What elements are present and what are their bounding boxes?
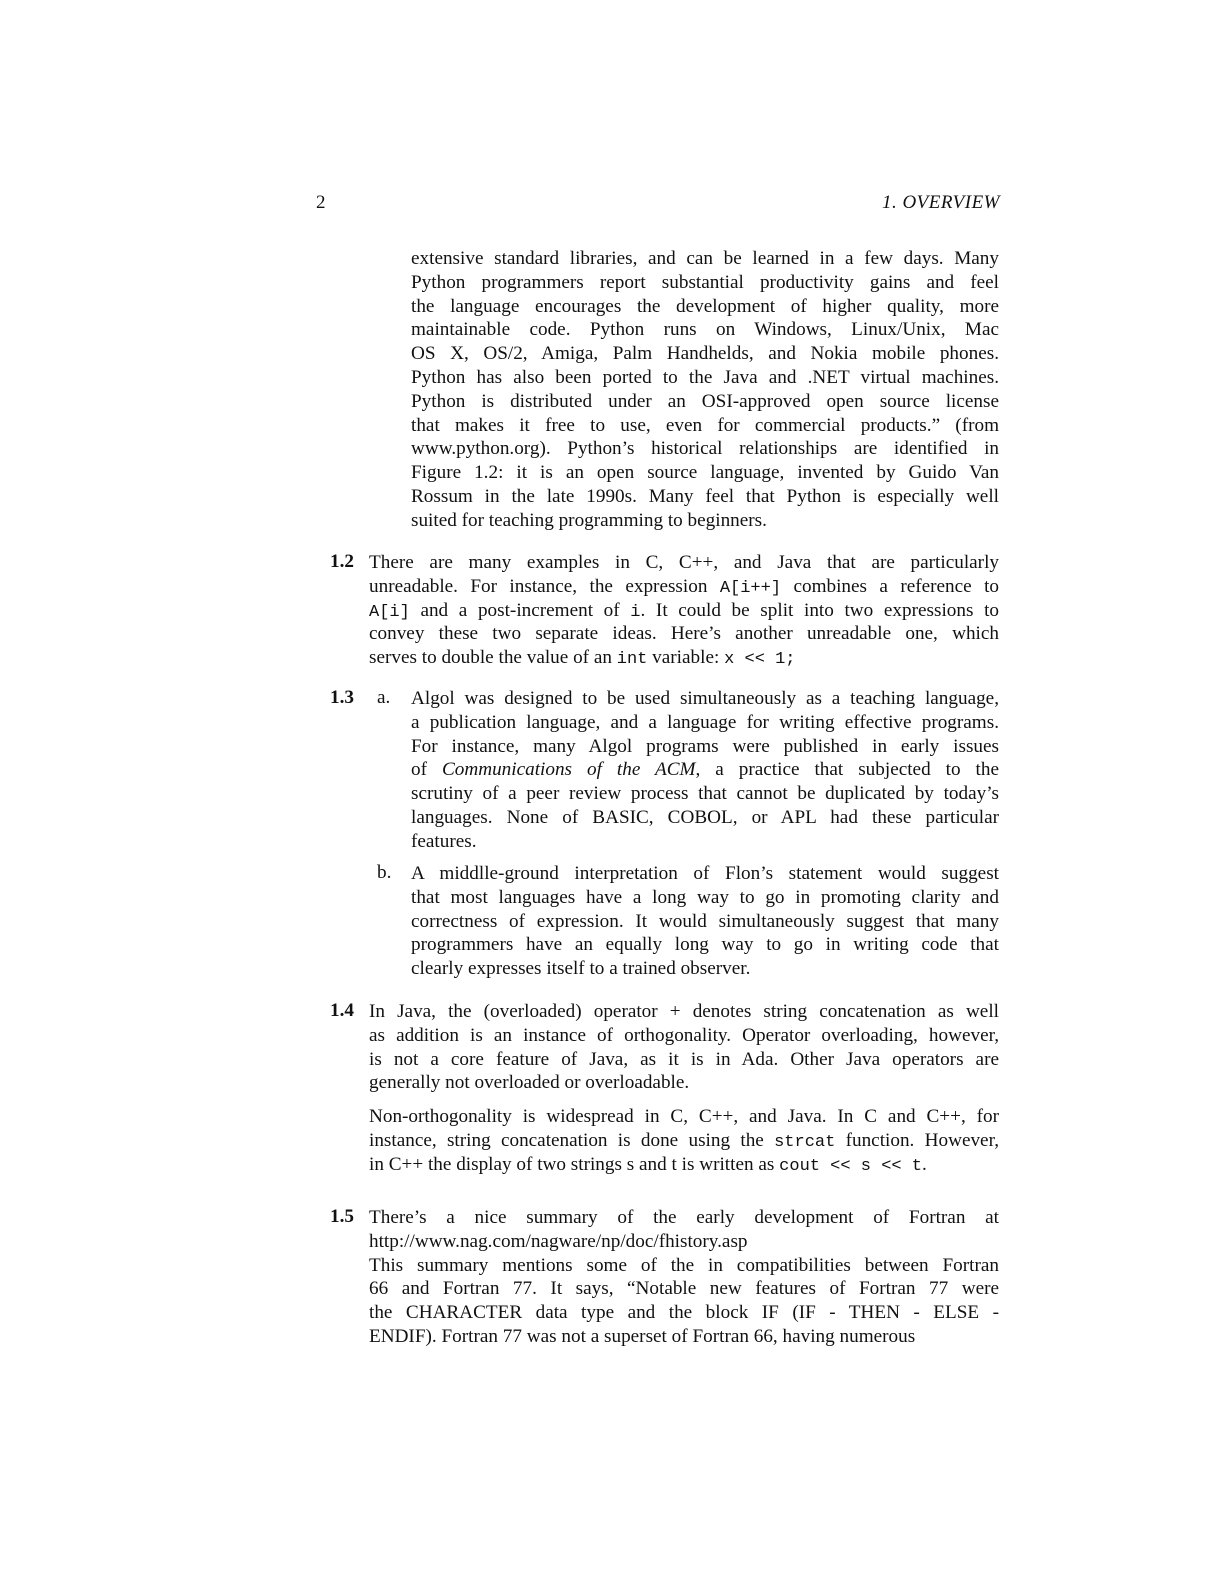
text-line: extensive standard libraries, and can be… bbox=[411, 247, 999, 271]
text-run: convey these two separate ideas. Here’s … bbox=[369, 623, 999, 644]
text-line: Python is distributed under an OSI-appro… bbox=[411, 390, 999, 414]
text-run: generally not overloaded or overloadable… bbox=[369, 1072, 689, 1093]
text-line: as addition is an instance of orthogonal… bbox=[369, 1024, 999, 1048]
text-line: that makes it free to use, even for comm… bbox=[411, 414, 999, 438]
answer-number: 1.2 bbox=[330, 551, 354, 573]
text-line: Algol was designed to be used simultaneo… bbox=[411, 687, 999, 711]
answer-1-5: There’s a nice summary of the early deve… bbox=[369, 1206, 999, 1349]
text-line: generally not overloaded or overloadable… bbox=[369, 1071, 999, 1095]
text-run: that most languages have a long way to g… bbox=[411, 887, 999, 908]
chapter-title: 1. OVERVIEW bbox=[882, 192, 1000, 214]
text-run: unreadable. For instance, the expression bbox=[369, 576, 720, 597]
text-line: There are many examples in C, C++, and J… bbox=[369, 551, 999, 575]
text-run: Algol was designed to be used simultaneo… bbox=[411, 688, 999, 709]
answer-number: 1.4 bbox=[330, 1000, 354, 1022]
text-run: and a post-increment of bbox=[410, 600, 630, 621]
text-run: ENDIF). Fortran 77 was not a superset of… bbox=[369, 1326, 915, 1347]
text-run: combines a reference to bbox=[781, 576, 999, 597]
text-line: clearly expresses itself to a trained ob… bbox=[411, 957, 999, 981]
text-line: A[i] and a post-increment of i. It could… bbox=[369, 599, 999, 623]
text-line: convey these two separate ideas. Here’s … bbox=[369, 622, 999, 646]
text-run: A middlle-ground interpretation of Flon’… bbox=[411, 863, 999, 884]
text-run: instance, string concatenation is done u… bbox=[369, 1130, 774, 1151]
text-run: as addition is an instance of orthogonal… bbox=[369, 1025, 999, 1046]
code-snippet: i bbox=[630, 603, 640, 622]
text-line: This summary mentions some of the in com… bbox=[369, 1254, 999, 1278]
text-line: serves to double the value of an int var… bbox=[369, 646, 999, 670]
code-snippet: A[i] bbox=[369, 603, 410, 622]
text-run: of bbox=[411, 759, 442, 780]
text-line: unreadable. For instance, the expression… bbox=[369, 575, 999, 599]
text-line: OS X, OS/2, Amiga, Palm Handhelds, and N… bbox=[411, 342, 999, 366]
text-line: suited for teaching programming to begin… bbox=[411, 509, 999, 533]
text-line: of Communications of the ACM, a practice… bbox=[411, 758, 999, 782]
part-label: a. bbox=[377, 687, 390, 709]
text-line: features. bbox=[411, 830, 999, 854]
text-line: instance, string concatenation is done u… bbox=[369, 1129, 999, 1153]
text-run: In Java, the (overloaded) operator + den… bbox=[369, 1001, 999, 1022]
answer-number: 1.5 bbox=[330, 1206, 354, 1228]
text-line: a publication language, and a language f… bbox=[411, 711, 999, 735]
text-line: Python has also been ported to the Java … bbox=[411, 366, 999, 390]
text-run: variable: bbox=[647, 647, 724, 668]
text-run: 66 and Fortran 77. It says, “Notable new… bbox=[369, 1278, 999, 1299]
text-run: features. bbox=[411, 831, 477, 852]
text-run: , a practice that subjected to the bbox=[695, 759, 999, 780]
text-line: languages. None of BASIC, COBOL, or APL … bbox=[411, 806, 999, 830]
text-run: . It could be split into two expressions… bbox=[641, 600, 1000, 621]
code-snippet: int bbox=[617, 650, 648, 669]
text-run: . bbox=[922, 1154, 927, 1175]
text-line: the language encourages the development … bbox=[411, 295, 999, 319]
answer-1-4-para-2: Non-orthogonality is widespread in C, C+… bbox=[369, 1105, 999, 1176]
text-line: ENDIF). Fortran 77 was not a superset of… bbox=[369, 1325, 999, 1349]
code-snippet: cout << s << t bbox=[779, 1157, 922, 1176]
text-line: For instance, many Algol programs were p… bbox=[411, 735, 999, 759]
text-run: For instance, many Algol programs were p… bbox=[411, 736, 999, 757]
text-line: www.python.org). Python’s historical rel… bbox=[411, 437, 999, 461]
text-run: http://www.nag.com/nagware/np/doc/fhisto… bbox=[369, 1231, 748, 1252]
text-run: a publication language, and a language f… bbox=[411, 712, 999, 733]
text-run: There are many examples in C, C++, and J… bbox=[369, 552, 999, 573]
text-line: Python programmers report substantial pr… bbox=[411, 271, 999, 295]
answer-1-3-b: A middlle-ground interpretation of Flon’… bbox=[411, 862, 999, 981]
text-run: correctness of expression. It would simu… bbox=[411, 911, 999, 932]
answer-1-2: There are many examples in C, C++, and J… bbox=[369, 551, 999, 670]
code-snippet: strcat bbox=[774, 1133, 835, 1152]
text-line: Rossum in the late 1990s. Many feel that… bbox=[411, 485, 999, 509]
text-run: languages. None of BASIC, COBOL, or APL … bbox=[411, 807, 999, 828]
text-line: Non-orthogonality is widespread in C, C+… bbox=[369, 1105, 999, 1129]
text-line: A middlle-ground interpretation of Flon’… bbox=[411, 862, 999, 886]
text-run: the CHARACTER data type and the block IF… bbox=[369, 1302, 999, 1323]
document-page: 2 1. OVERVIEW extensive standard librari… bbox=[0, 0, 1224, 1584]
answer-1-3-a: Algol was designed to be used simultaneo… bbox=[411, 687, 999, 854]
text-line: maintainable code. Python runs on Window… bbox=[411, 318, 999, 342]
part-label: b. bbox=[377, 862, 391, 884]
text-run: is not a core feature of Java, as it is … bbox=[369, 1049, 999, 1070]
text-line: programmers have an equally long way to … bbox=[411, 933, 999, 957]
answer-number: 1.3 bbox=[330, 687, 354, 709]
text-line: There’s a nice summary of the early deve… bbox=[369, 1206, 999, 1230]
answer-1-4-para-1: In Java, the (overloaded) operator + den… bbox=[369, 1000, 999, 1095]
text-line: the CHARACTER data type and the block IF… bbox=[369, 1301, 999, 1325]
text-run: scrutiny of a peer review process that c… bbox=[411, 783, 999, 804]
text-run: clearly expresses itself to a trained ob… bbox=[411, 958, 750, 979]
text-run: function. However, bbox=[835, 1130, 999, 1151]
text-line: http://www.nag.com/nagware/np/doc/fhisto… bbox=[369, 1230, 999, 1254]
text-run: in C++ the display of two strings s and … bbox=[369, 1154, 779, 1175]
text-run: This summary mentions some of the in com… bbox=[369, 1255, 999, 1276]
text-run: serves to double the value of an bbox=[369, 647, 617, 668]
code-snippet: A[i++] bbox=[720, 579, 781, 598]
text-run: There’s a nice summary of the early deve… bbox=[369, 1207, 999, 1228]
page-number: 2 bbox=[316, 192, 326, 214]
text-run: programmers have an equally long way to … bbox=[411, 934, 999, 955]
text-line: that most languages have a long way to g… bbox=[411, 886, 999, 910]
text-line: correctness of expression. It would simu… bbox=[411, 910, 999, 934]
text-run: Non-orthogonality is widespread in C, C+… bbox=[369, 1106, 999, 1127]
text-line: 66 and Fortran 77. It says, “Notable new… bbox=[369, 1277, 999, 1301]
text-line: Figure 1.2: it is an open source languag… bbox=[411, 461, 999, 485]
text-line: in C++ the display of two strings s and … bbox=[369, 1153, 999, 1177]
text-line: scrutiny of a peer review process that c… bbox=[411, 782, 999, 806]
continuation-paragraph: extensive standard libraries, and can be… bbox=[411, 247, 999, 533]
text-line: is not a core feature of Java, as it is … bbox=[369, 1048, 999, 1072]
text-line: In Java, the (overloaded) operator + den… bbox=[369, 1000, 999, 1024]
code-snippet: x << 1; bbox=[724, 650, 795, 669]
italic-title: Communications of the ACM bbox=[442, 759, 696, 780]
